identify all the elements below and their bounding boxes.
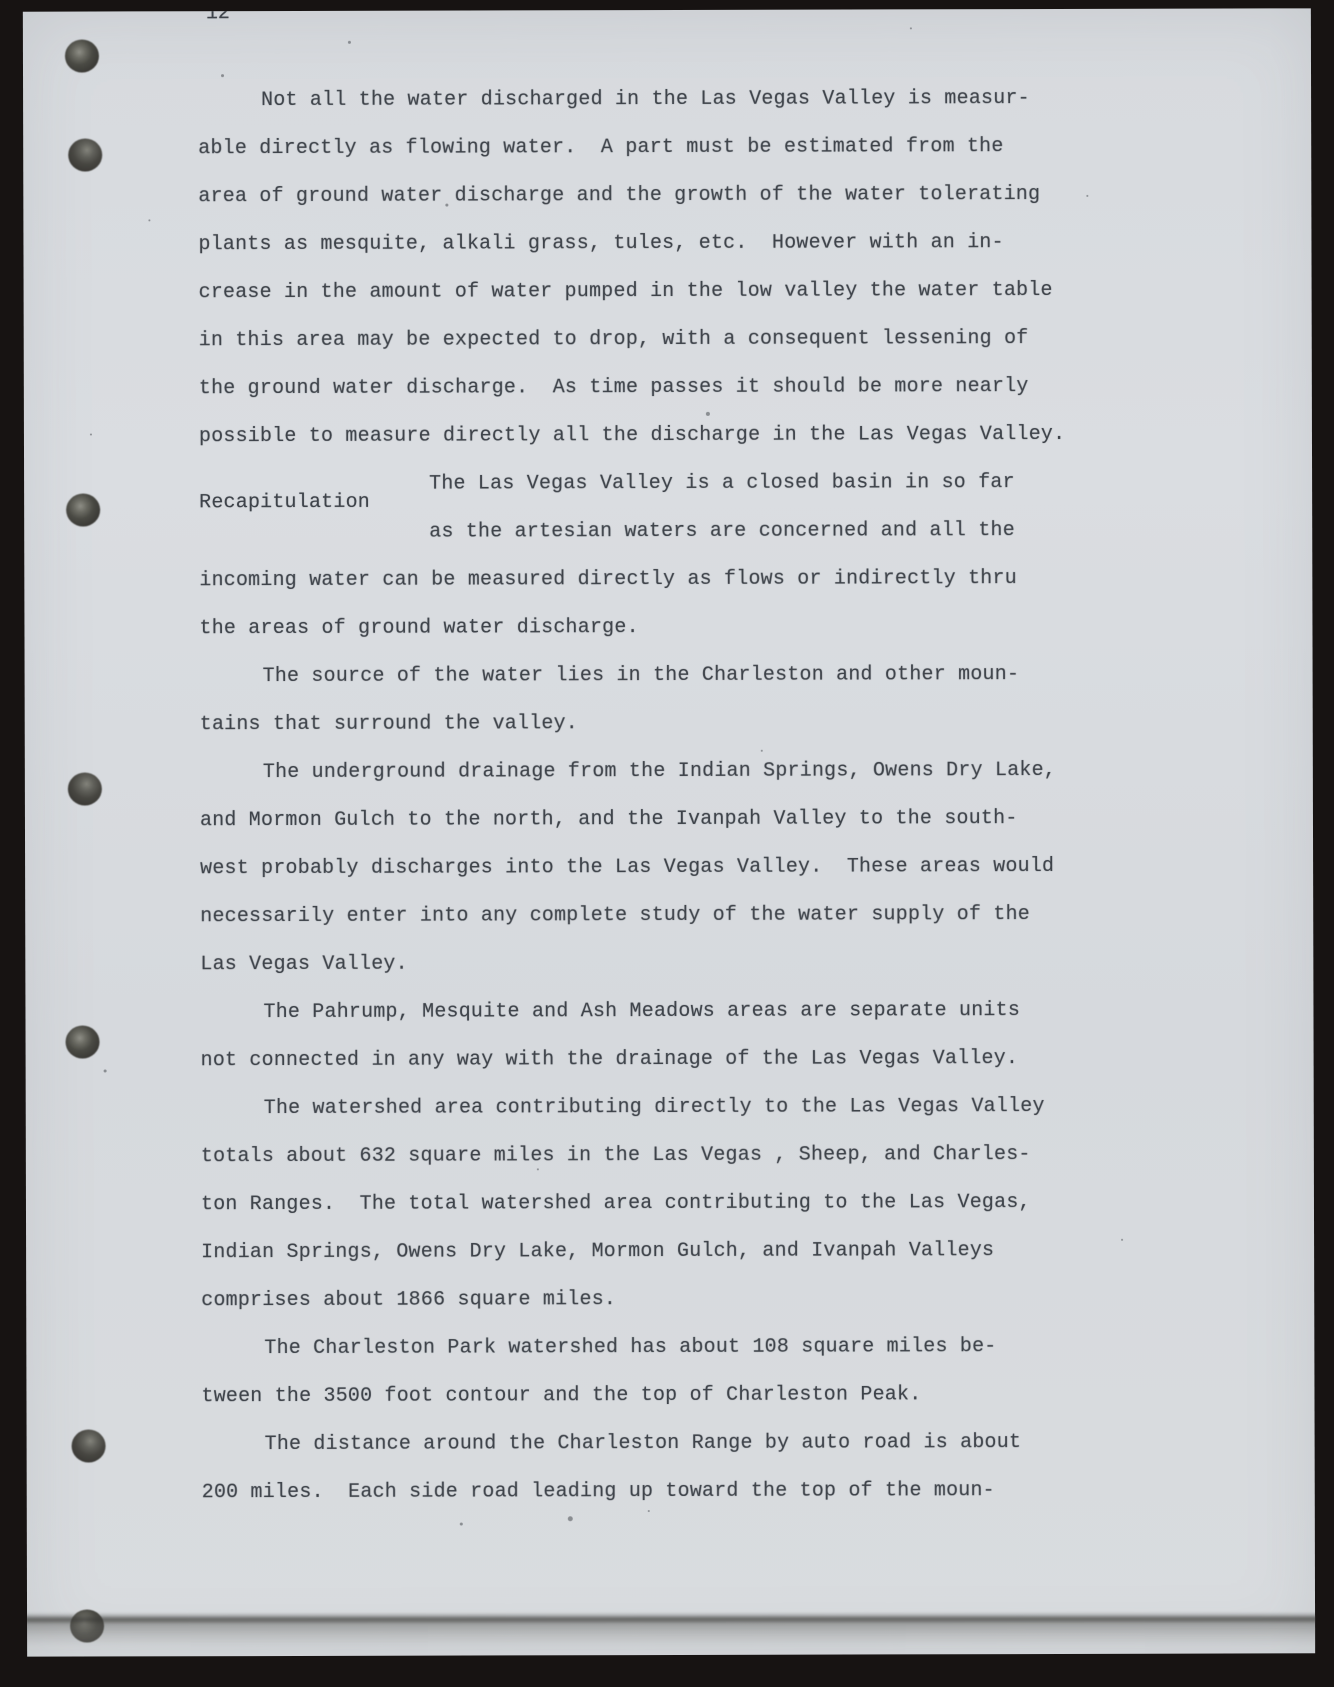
typed-line: comprises about 1866 square miles. <box>201 1288 616 1313</box>
typed-line: Not all the water discharged in the Las … <box>261 87 1030 113</box>
typed-line: as the artesian waters are concerned and… <box>429 519 1015 545</box>
typed-line: 200 miles. Each side road leading up tow… <box>202 1479 995 1505</box>
typed-line: totals about 632 square miles in the Las… <box>201 1143 1031 1169</box>
paper-speck <box>148 219 150 221</box>
scanned-document-page: 12 Not all the water discharged in the L… <box>0 0 1334 1687</box>
typed-line: incoming water can be measured directly … <box>199 567 1017 593</box>
typed-line: not connected in any way with the draina… <box>201 1047 1019 1073</box>
paper-speck <box>910 27 912 29</box>
typed-line: Las Vegas Valley. <box>200 953 407 978</box>
typed-line: The Pahrump, Mesquite and Ash Meadows ar… <box>263 999 1020 1025</box>
punch-hole-mark <box>72 1429 106 1462</box>
paper-speck <box>221 74 224 77</box>
typed-line: Indian Springs, Owens Dry Lake, Mormon G… <box>201 1239 994 1265</box>
typed-line: possible to measure directly all the dis… <box>199 423 1065 449</box>
typed-line: area of ground water discharge and the g… <box>198 183 1040 209</box>
punch-hole-mark <box>68 772 102 805</box>
punch-hole-mark <box>68 138 102 171</box>
paper-speck <box>706 412 710 416</box>
typed-line: The watershed area contributing directly… <box>264 1095 1045 1121</box>
paper-speck <box>1121 1239 1123 1241</box>
typed-line: the ground water discharge. As time pass… <box>199 375 1029 401</box>
typed-line: and Mormon Gulch to the north, and the I… <box>200 807 1018 833</box>
typed-line: The source of the water lies in the Char… <box>263 663 1020 689</box>
section-margin-label: Recapitulation <box>199 491 370 515</box>
typed-line: The distance around the Charleston Range… <box>265 1431 1022 1457</box>
typed-line: tains that surround the valley. <box>200 712 578 737</box>
typed-line: The Las Vegas Valley is a closed basin i… <box>429 471 1015 497</box>
paper-speck <box>348 41 351 44</box>
typed-line: plants as mesquite, alkali grass, tules,… <box>198 231 1003 257</box>
paper-speck <box>1086 195 1088 197</box>
typed-line: crease in the amount of water pumped in … <box>199 279 1053 305</box>
typed-line: ton Ranges. The total watershed area con… <box>201 1191 1031 1217</box>
typed-line: tween the 3500 foot contour and the top … <box>201 1383 921 1409</box>
typed-text-body: Not all the water discharged in the Las … <box>23 8 1315 1656</box>
scan-smudge-band <box>23 1612 1315 1655</box>
paper-speck <box>445 204 448 207</box>
paper-speck <box>761 750 763 752</box>
paper-speck <box>568 1516 573 1521</box>
typed-line: necessarily enter into any complete stud… <box>200 903 1030 929</box>
paper-speck <box>648 1510 650 1512</box>
paper-speck <box>537 1168 539 1170</box>
typed-line: west probably discharges into the Las Ve… <box>200 855 1054 881</box>
punch-hole-mark <box>66 1025 100 1058</box>
paper-speck <box>90 434 92 436</box>
punch-hole-mark <box>66 493 100 526</box>
typed-line: in this area may be expected to drop, wi… <box>199 327 1029 353</box>
typed-line: The underground drainage from the Indian… <box>263 759 1056 785</box>
paper-sheet: 12 Not all the water discharged in the L… <box>23 8 1315 1656</box>
typed-line: The Charleston Park watershed has about … <box>264 1335 996 1361</box>
typed-line: the areas of ground water discharge. <box>199 616 638 641</box>
paper-speck <box>460 1523 463 1526</box>
paper-speck <box>104 1069 107 1072</box>
typed-line: able directly as flowing water. A part m… <box>198 135 1003 161</box>
punch-hole-mark <box>65 39 99 72</box>
